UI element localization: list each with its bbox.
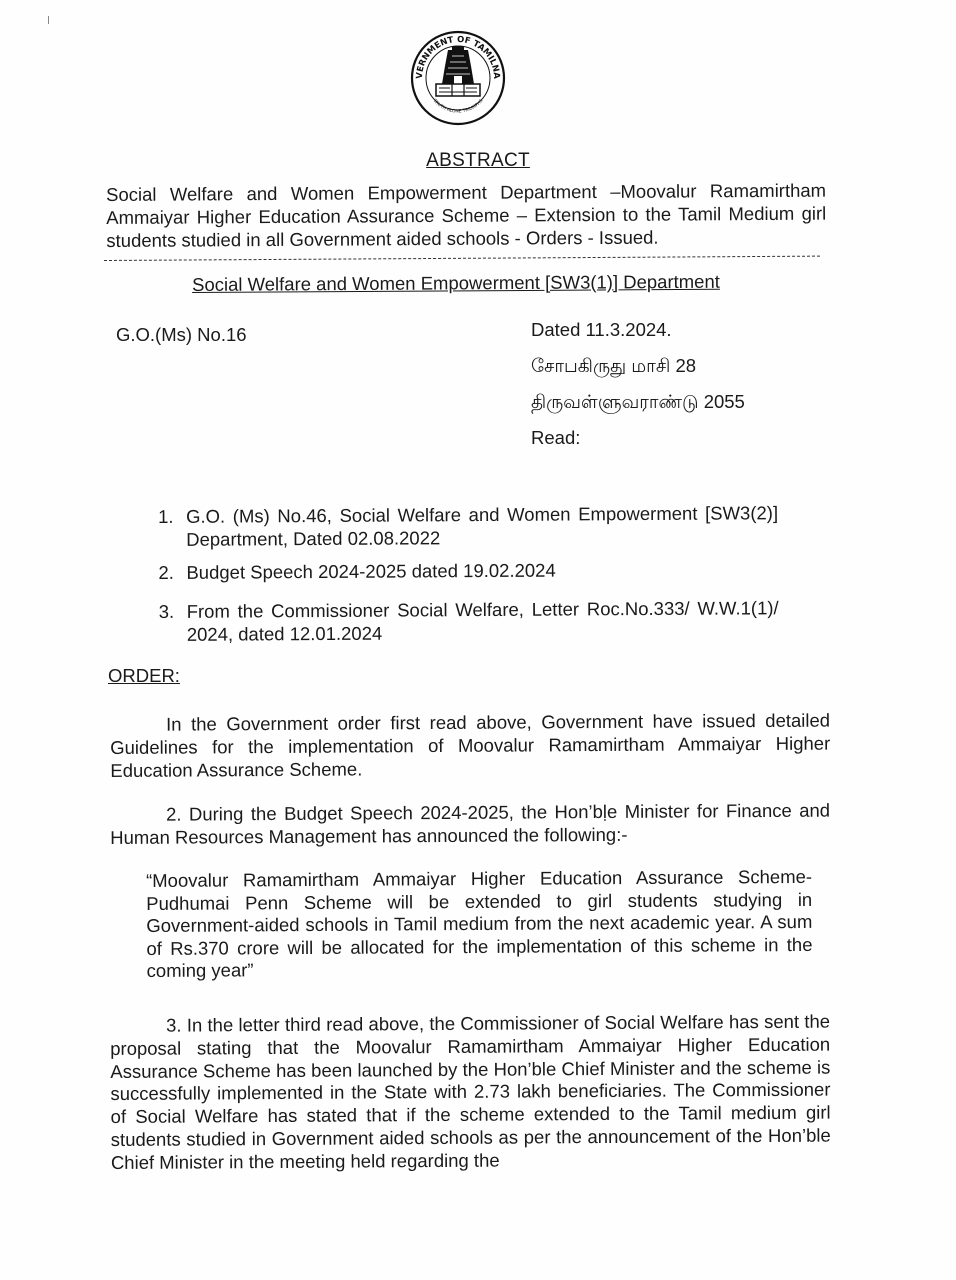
tamil-date-line: சோபகிருது மாசி 28 bbox=[531, 355, 745, 391]
paragraph-2: 2. During the Budget Speech 2024-2025, t… bbox=[110, 799, 830, 849]
reference-text: G.O. (Ms) No.46, Social Welfare and Wome… bbox=[186, 501, 778, 551]
reference-number: 2. bbox=[158, 561, 186, 584]
tamil-year-line: திருவள்ளுவராண்டு 2055 bbox=[531, 391, 745, 427]
scan-artifact bbox=[48, 16, 49, 24]
order-heading: ORDER: bbox=[108, 665, 180, 687]
reference-item: 2. Budget Speech 2024-2025 dated 19.02.2… bbox=[158, 557, 778, 584]
dashed-divider bbox=[104, 256, 820, 261]
abstract-heading: ABSTRACT bbox=[0, 150, 956, 172]
budget-speech-quote: “Moovalur Ramamirtham Ammaiyar Higher Ed… bbox=[146, 866, 813, 983]
go-number: G.O.(Ms) No.16 bbox=[116, 324, 247, 346]
government-emblem-icon: GOVERNMENT OF TAMILNADU TRUTH ALONE TRIU… bbox=[408, 26, 508, 126]
reference-number: 3. bbox=[159, 600, 187, 646]
paragraph-text: 2. During the Budget Speech 2024-2025, t… bbox=[110, 800, 830, 848]
references-list: 1. G.O. (Ms) No.46, Social Welfare and W… bbox=[158, 501, 779, 656]
paragraph-text: 3. In the letter third read above, the C… bbox=[110, 1011, 831, 1173]
reference-item: 1. G.O. (Ms) No.46, Social Welfare and W… bbox=[158, 501, 778, 551]
read-label: Read: bbox=[531, 427, 745, 463]
reference-text: Budget Speech 2024-2025 dated 19.02.2024 bbox=[186, 557, 778, 584]
reference-item: 3. From the Commissioner Social Welfare,… bbox=[159, 596, 779, 646]
abstract-subject: Social Welfare and Women Empowerment Dep… bbox=[106, 179, 826, 252]
paragraph-3: 3. In the letter third read above, the C… bbox=[110, 1011, 831, 1175]
document-page: GOVERNMENT OF TAMILNADU TRUTH ALONE TRIU… bbox=[0, 0, 956, 1280]
reference-text: From the Commissioner Social Welfare, Le… bbox=[187, 596, 779, 646]
reference-number: 1. bbox=[158, 505, 186, 551]
date-block: Dated 11.3.2024. சோபகிருது மாசி 28 திருவ… bbox=[531, 319, 745, 463]
paragraph-text: In the Government order first read above… bbox=[110, 710, 830, 781]
dated-line: Dated 11.3.2024. bbox=[531, 319, 745, 355]
paragraph-1: In the Government order first read above… bbox=[110, 709, 830, 782]
department-heading: Social Welfare and Women Empowerment [SW… bbox=[192, 271, 720, 296]
